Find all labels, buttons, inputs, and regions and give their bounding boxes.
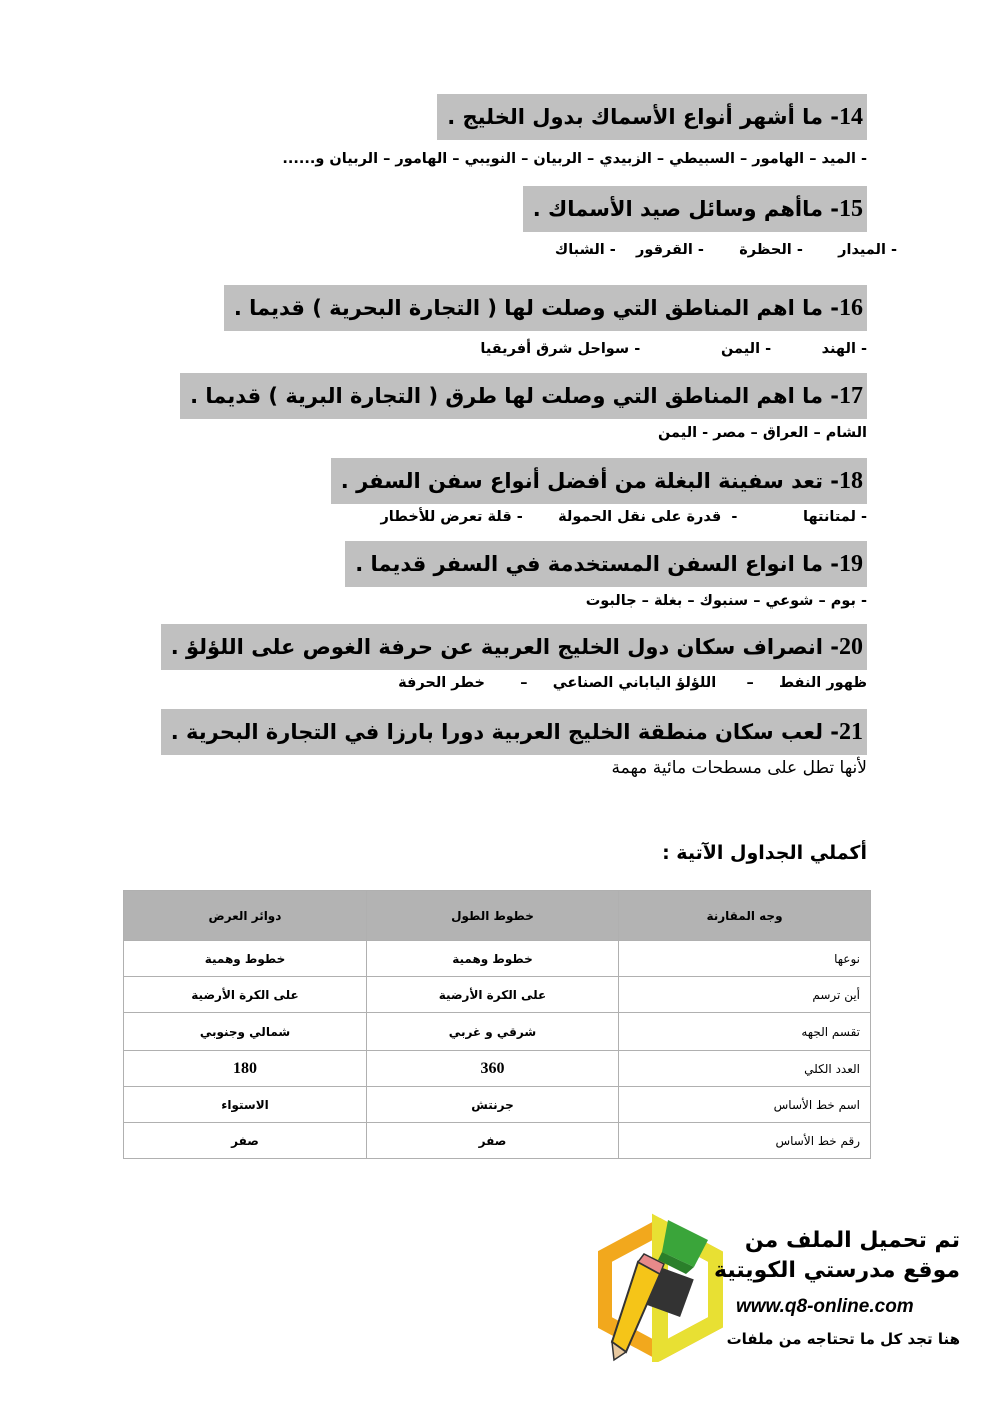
question-title: - ما اهم المناطق التي وصلت لها ( التجارة… [234,296,839,320]
question-number: 14 [839,104,863,130]
answer-15: - الميدار - الحظرة - القرقور - الشباك [555,240,897,260]
row-label: تقسم الجهه [619,1013,871,1051]
cell: شمالي وجنوبي [124,1013,367,1051]
cell: خطوط وهمية [367,941,619,977]
question-title: - تعد سفينة البغلة من أفضل أنواع سفن الس… [341,469,839,493]
question-number: 19 [839,551,863,577]
site-footer-banner: تم تحميل الملف من موقع مدرستي الكويتية w… [598,1212,968,1372]
table-section-title: أكملي الجداول الآتية : [662,842,867,864]
cell: صفر [367,1123,619,1159]
cell: خطوط وهمية [124,941,367,977]
question-21: 21- لعب سكان منطقة الخليج العربية دورا ب… [161,709,867,755]
question-title: - ما اهم المناطق التي وصلت لها طرق ( الت… [190,384,839,408]
question-19: 19- ما انواع السفن المستخدمة في السفر قد… [345,541,867,587]
footer-line-3: هنا تجد كل ما تحتاجه من ملفات [727,1330,960,1348]
table-row: العدد الكلي 360 180 [124,1051,871,1087]
table-row: اسم خط الأساس جرنتش الاستواء [124,1087,871,1123]
row-label: رقم خط الأساس [619,1123,871,1159]
question-16: 16- ما اهم المناطق التي وصلت لها ( التجا… [224,285,867,331]
cell: شرقي و غربي [367,1013,619,1051]
row-label: نوعها [619,941,871,977]
table-row: أين ترسم على الكرة الأرضية على الكرة الأ… [124,977,871,1013]
question-number: 17 [839,383,863,409]
header-comparison-aspect: وجه المقارنة [619,891,871,941]
header-longitude: خطوط الطول [367,891,619,941]
question-number: 15 [839,196,863,222]
header-latitude: دوائر العرض [124,891,367,941]
answer-16: - الهند - اليمن - سواحل شرق أفريقيا [480,339,867,359]
question-15: 15- ماأهم وسائل صيد الأسماك . [523,186,867,232]
table-row: نوعها خطوط وهمية خطوط وهمية [124,941,871,977]
question-number: 20 [839,634,863,660]
table-header-row: وجه المقارنة خطوط الطول دوائر العرض [124,891,871,941]
cell: الاستواء [124,1087,367,1123]
cell: على الكرة الأرضية [124,977,367,1013]
row-label: اسم خط الأساس [619,1087,871,1123]
table-row: تقسم الجهه شرقي و غربي شمالي وجنوبي [124,1013,871,1051]
footer-url-link[interactable]: www.q8-online.com [736,1296,914,1318]
question-title: - انصراف سكان دول الخليج العربية عن حرفة… [171,635,839,659]
cell: 360 [367,1051,619,1087]
question-number: 21 [839,719,863,745]
question-title: - ما انواع السفن المستخدمة في السفر قديم… [355,552,839,576]
answer-14: - الميد – الهامور – السبيطي – الزبيدي – … [282,149,867,169]
question-title: - ماأهم وسائل صيد الأسماك . [533,197,839,221]
answer-17: الشام – العراق – مصر - اليمن [658,423,867,443]
question-18: 18- تعد سفينة البغلة من أفضل أنواع سفن ا… [331,458,867,504]
row-label: العدد الكلي [619,1051,871,1087]
school-pencil-logo-icon [598,1212,723,1362]
question-number: 16 [839,295,863,321]
table-row: رقم خط الأساس صفر صفر [124,1123,871,1159]
cell: على الكرة الأرضية [367,977,619,1013]
comparison-table: وجه المقارنة خطوط الطول دوائر العرض نوعه… [123,890,871,1159]
question-20: 20- انصراف سكان دول الخليج العربية عن حر… [161,624,867,670]
question-number: 18 [839,468,863,494]
footer-line-2: موقع مدرستي الكويتية [714,1258,960,1283]
question-title: - ما أشهر أنواع الأسماك بدول الخليج . [447,105,839,129]
question-17: 17- ما اهم المناطق التي وصلت لها طرق ( ا… [180,373,867,419]
question-14: 14- ما أشهر أنواع الأسماك بدول الخليج . [437,94,867,140]
question-title: - لعب سكان منطقة الخليج العربية دورا بار… [171,720,839,744]
answer-20: ظهور النفط – اللؤلؤ الياباني الصناعي – خ… [398,673,867,693]
answer-18: - لمتانتها - قدرة على نقل الحمولة - قلة … [380,507,867,527]
cell: جرنتش [367,1087,619,1123]
answer-19: - بوم – شوعي – سنبوك – بغلة – جالبوت [586,591,867,611]
footer-line-1: تم تحميل الملف من [745,1228,960,1253]
answer-21: لأنها تطل على مسطحات مائية مهمة [612,758,867,778]
row-label: أين ترسم [619,977,871,1013]
cell: صفر [124,1123,367,1159]
cell: 180 [124,1051,367,1087]
